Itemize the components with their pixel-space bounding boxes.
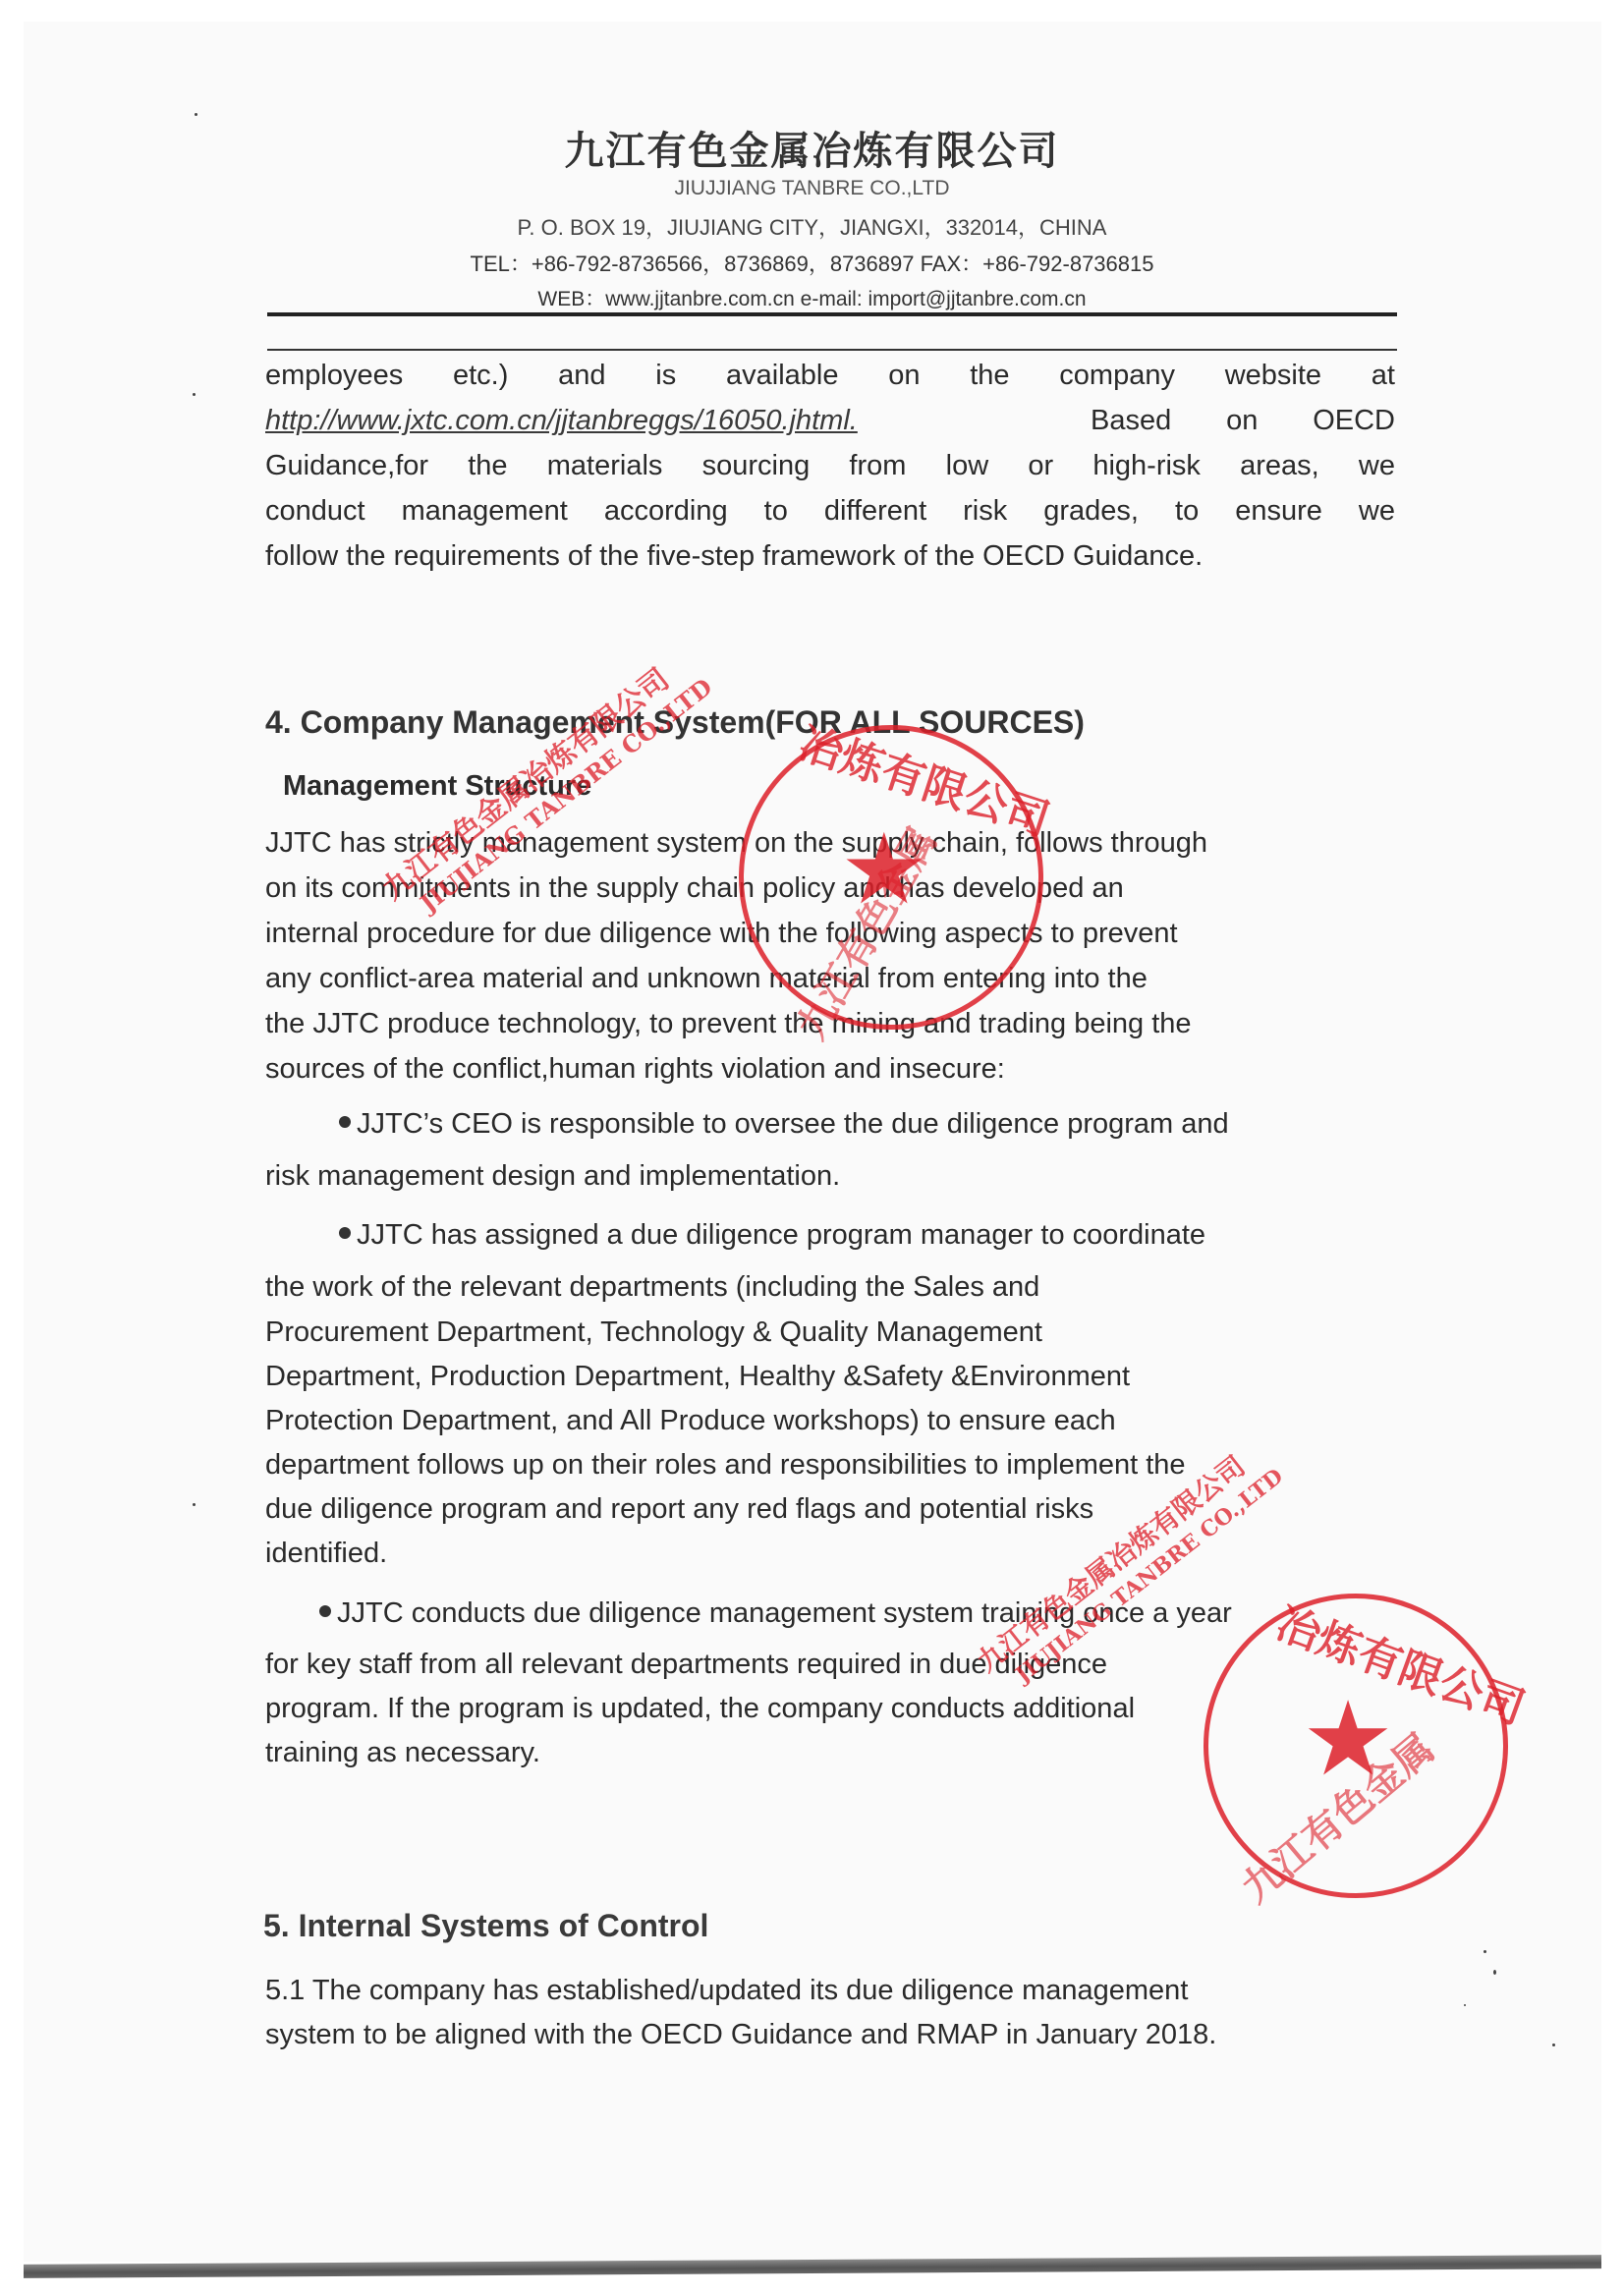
intro-line-4: conduct management according to differen…	[265, 491, 1395, 531]
bullet-1-line-1: JJTC’s CEO is responsible to oversee the…	[339, 1104, 1229, 1144]
bullet-2-line-5: Protection Department, and All Produce w…	[265, 1401, 1116, 1440]
bullet-2-line-4: Department, Production Department, Healt…	[265, 1357, 1130, 1396]
s4-para-line-6: sources of the conflict,human rights vio…	[265, 1049, 1005, 1089]
scan-speck	[193, 1503, 196, 1506]
bullet-2-line-7: due diligence program and report any red…	[265, 1489, 1093, 1529]
s5-line-1: 5.1 The company has established/updated …	[265, 1971, 1188, 2010]
bullet-icon	[339, 1116, 351, 1128]
bullet-2-line-6: department follows up on their roles and…	[265, 1445, 1186, 1484]
bullet-3-line-4: training as necessary.	[265, 1733, 540, 1772]
bullet-2-line-3: Procurement Department, Technology & Qua…	[265, 1313, 1042, 1352]
intro-line-2: http://www.jxtc.com.cn/jjtanbreggs/16050…	[265, 401, 1395, 440]
bullet-2-line-8: identified.	[265, 1534, 387, 1573]
bullet-1-line-2: risk management design and implementatio…	[265, 1156, 840, 1196]
bullet-icon	[319, 1605, 331, 1617]
letterhead-divider-top	[267, 312, 1397, 316]
intro-line-5: follow the requirements of the five-step…	[265, 536, 1203, 576]
company-name-english: JIUJJIANG TANBRE CO.,LTD	[0, 177, 1624, 200]
bullet-2-line-2: the work of the relevant departments (in…	[265, 1267, 1039, 1307]
intro-line-3: Guidance,for the materials sourcing from…	[265, 446, 1395, 485]
s4-para-line-3: internal procedure for due diligence wit…	[265, 914, 1178, 953]
bullet-2-text: JJTC has assigned a due diligence progra…	[357, 1219, 1205, 1251]
company-name-chinese: 九江有色金属冶炼有限公司	[0, 120, 1624, 176]
scan-speck	[1493, 1970, 1496, 1975]
s5-line-2: system to be aligned with the OECD Guida…	[265, 2015, 1216, 2054]
scan-speck	[195, 113, 197, 116]
company-contact: TEL：+86-792-8736566，8736869，8736897 FAX：…	[0, 248, 1624, 278]
intro-line-1: employees etc.) and is available on the …	[265, 356, 1395, 395]
intro-line-2-tail: Based on OECD	[1091, 401, 1395, 440]
company-website-link[interactable]: http://www.jxtc.com.cn/jjtanbreggs/16050…	[265, 401, 858, 440]
company-address: P. O. BOX 19，JIUJIANG CITY，JIANGXI，33201…	[0, 211, 1624, 242]
scan-speck	[1484, 1950, 1486, 1953]
bullet-3-line-3: program. If the program is updated, the …	[265, 1689, 1135, 1728]
bullet-1-text: JJTC’s CEO is responsible to oversee the…	[357, 1108, 1229, 1140]
letterhead-divider-bottom	[267, 349, 1397, 351]
scan-speck	[1552, 2043, 1555, 2046]
company-web-email: WEB：www.jjtanbre.com.cn e-mail: import@j…	[0, 283, 1624, 312]
bullet-2-line-1: JJTC has assigned a due diligence progra…	[339, 1215, 1205, 1255]
s4-para-line-5: the JJTC produce technology, to prevent …	[265, 1004, 1192, 1043]
bullet-icon	[339, 1227, 351, 1239]
scan-speck	[193, 393, 196, 396]
intro-line-2-text: Based on OECD	[1091, 401, 1395, 440]
scan-speck	[1464, 2004, 1466, 2006]
section-5-heading: 5. Internal Systems of Control	[263, 1906, 708, 1945]
